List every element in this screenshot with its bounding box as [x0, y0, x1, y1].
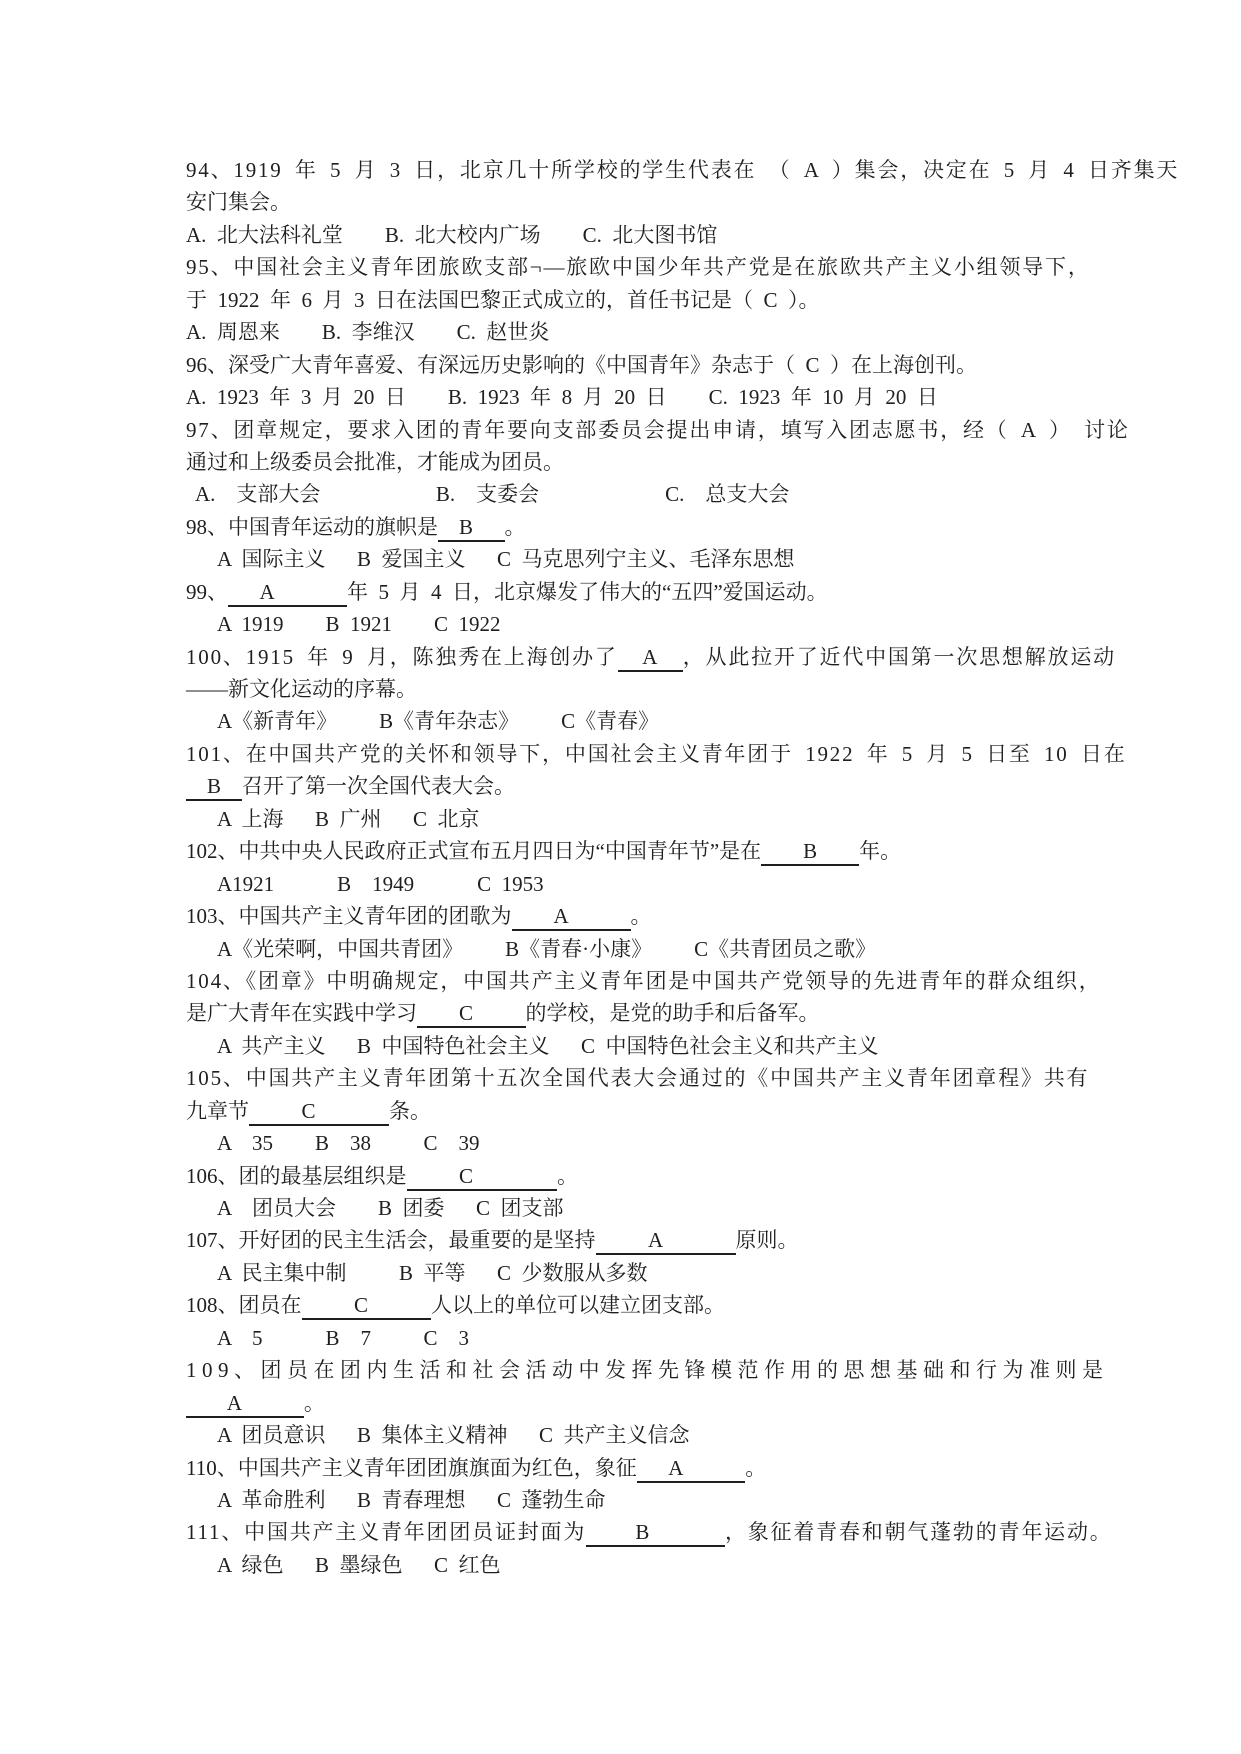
answer-blank: A [186, 1391, 304, 1418]
text-segment: 107、开好团的民主生活会，最重要的是坚持 [186, 1228, 596, 1252]
answer-blank: A [618, 645, 683, 672]
answer-blank: B [186, 774, 242, 801]
text-segment: 通过和上级委员会批准，才能成为团员。 [186, 450, 564, 474]
text-segment: 于 1922 年 6 月 3 日在法国巴黎正式成立的，首任书记是（ C ）。 [186, 288, 820, 312]
answer-blank: B [438, 515, 505, 542]
question-text-line: 94、1919 年 5 月 3 日，北京几十所学校的学生代表在 （ A ）集会，… [186, 154, 1091, 186]
text-segment: A 35 B 38 C 39 [217, 1131, 480, 1155]
question-text-line: 98、中国青年运动的旗帜是 B 。 [186, 511, 1091, 543]
text-segment: 109、团员在团内生活和社会活动中发挥先锋模范作用的思想基础和行为准则是 [186, 1358, 1109, 1382]
text-segment: A《新青年》 B《青年杂志》 C《青春》 [217, 709, 659, 733]
answer-blank: B [761, 839, 859, 866]
answer-blank: B [586, 1520, 725, 1547]
question-text-line: 109、团员在团内生活和社会活动中发挥先锋模范作用的思想基础和行为准则是 [186, 1354, 1091, 1386]
text-segment: 安门集会。 [186, 190, 291, 214]
question-text-line: 于 1922 年 6 月 3 日在法国巴黎正式成立的，首任书记是（ C ）。 [186, 284, 1091, 316]
options-line: A1921 B 1949 C 1953 [186, 868, 1091, 900]
text-segment: 105、中国共产主义青年团第十五次全国代表大会通过的《中国共产主义青年团章程》共… [186, 1066, 1089, 1090]
text-segment: 。 [557, 1164, 578, 1188]
text-segment: 106、团的最基层组织是 [186, 1164, 407, 1188]
quiz-page: 94、1919 年 5 月 3 日，北京几十所学校的学生代表在 （ A ）集会，… [0, 0, 1241, 1754]
options-line: A 35 B 38 C 39 [186, 1127, 1091, 1159]
text-segment: 九章节 [186, 1099, 249, 1123]
text-segment: 。 [631, 904, 652, 928]
question-text-line: A. 周恩来 B. 李维汉 C. 赵世炎 [186, 316, 1091, 348]
text-segment: 98、中国青年运动的旗帜是 [186, 515, 438, 539]
text-segment: ，象征着青春和朝气蓬勃的青年运动。 [725, 1520, 1113, 1544]
text-segment: 100、1915 年 9 月，陈独秀在上海创办了 [186, 645, 618, 669]
question-text-line: 106、团的最基层组织是 C 。 [186, 1160, 1091, 1192]
text-segment: 年 5 月 4 日，北京爆发了伟大的“五四”爱国运动。 [347, 580, 828, 604]
question-text-line: 九章节 C 条。 [186, 1095, 1091, 1127]
text-segment: 召开了第一次全国代表大会。 [242, 774, 515, 798]
answer-blank: A [637, 1456, 746, 1483]
question-list: 94、1919 年 5 月 3 日，北京几十所学校的学生代表在 （ A ）集会，… [186, 154, 1091, 1581]
text-segment: 111、中国共产主义青年团团员证封面为 [186, 1520, 586, 1544]
text-segment: 102、中共中央人民政府正式宣布五月四日为“中国青年节”是在 [186, 839, 761, 863]
text-segment: A. 北大法科礼堂 B. 北大校内广场 C. 北大图书馆 [186, 223, 717, 247]
text-segment: 。 [304, 1391, 325, 1415]
text-segment: 人以上的单位可以建立团支部。 [431, 1293, 725, 1317]
question-text-line: A 。 [186, 1387, 1091, 1419]
question-text-line: 111、中国共产主义青年团团员证封面为 B ，象征着青春和朝气蓬勃的青年运动。 [186, 1516, 1091, 1548]
text-segment: 104、《团章》中明确规定，中国共产主义青年团是中国共产党领导的先进青年的群众组… [186, 969, 1102, 993]
options-line: A 民主集中制 B 平等 C 少数服从多数 [186, 1257, 1091, 1289]
question-text-line: A. 北大法科礼堂 B. 北大校内广场 C. 北大图书馆 [186, 219, 1091, 251]
text-segment: ——新文化运动的序幕。 [186, 677, 417, 701]
question-text-line: 95、中国社会主义青年团旅欧支部¬—旅欧中国少年共产党是在旅欧共产主义小组领导下… [186, 251, 1091, 283]
answer-blank: C [417, 1001, 526, 1028]
question-text-line: 97、团章规定，要求入团的青年要向支部委员会提出申请，填写入团志愿书，经（ A … [186, 414, 1091, 446]
question-text-line: 104、《团章》中明确规定，中国共产主义青年团是中国共产党领导的先进青年的群众组… [186, 965, 1091, 997]
text-segment: 95、中国社会主义青年团旅欧支部¬—旅欧中国少年共产党是在旅欧共产主义小组领导下… [186, 255, 1091, 279]
question-text-line: 105、中国共产主义青年团第十五次全国代表大会通过的《中国共产主义青年团章程》共… [186, 1062, 1091, 1094]
question-text-line: 是广大青年在实践中学习 C 的学校，是党的助手和后备军。 [186, 997, 1091, 1029]
question-text-line: B 召开了第一次全国代表大会。 [186, 770, 1091, 802]
text-segment: 103、中国共产主义青年团的团歌为 [186, 904, 512, 928]
text-segment: A 国际主义 B 爱国主义 C 马克思列宁主义、毛泽东思想 [217, 547, 795, 571]
question-text-line: 96、深受广大青年喜爱、有深远历史影响的《中国青年》杂志于（ C ）在上海创刊。 [186, 349, 1091, 381]
options-line: A 革命胜利 B 青春理想 C 蓬勃生命 [186, 1484, 1091, 1516]
text-segment: A 5 B 7 C 3 [217, 1326, 469, 1350]
text-segment: 94、1919 年 5 月 3 日，北京几十所学校的学生代表在 （ A ）集会，… [186, 158, 1179, 182]
question-text-line: ——新文化运动的序幕。 [186, 673, 1091, 705]
answer-blank: A [512, 904, 631, 931]
text-segment: A1921 B 1949 C 1953 [217, 872, 544, 896]
question-text-line: A. 1923 年 3 月 20 日 B. 1923 年 8 月 20 日 C.… [186, 381, 1091, 413]
text-segment: 110、中国共产主义青年团团旗旗面为红色，象征 [186, 1456, 637, 1480]
text-segment: A 革命胜利 B 青春理想 C 蓬勃生命 [217, 1488, 606, 1512]
text-segment: 96、深受广大青年喜爱、有深远历史影响的《中国青年》杂志于（ C ）在上海创刊。 [186, 353, 977, 377]
text-segment: A 绿色 B 墨绿色 C 红色 [217, 1553, 501, 1577]
question-text-line: 107、开好团的民主生活会，最重要的是坚持 A 原则。 [186, 1224, 1091, 1256]
text-segment: 条。 [389, 1099, 431, 1123]
options-line: A《光荣啊，中国共青团》 B《青春·小康》 C《共青团员之歌》 [186, 933, 1091, 965]
options-line: A《新青年》 B《青年杂志》 C《青春》 [186, 705, 1091, 737]
text-segment: A 共产主义 B 中国特色社会主义 C 中国特色社会主义和共产主义 [217, 1034, 879, 1058]
text-segment: A. 支部大会 B. 支委会 C. 总支大会 [195, 482, 789, 506]
text-segment: A 团员大会 B 团委 C 团支部 [217, 1196, 564, 1220]
question-text-line: 100、1915 年 9 月，陈独秀在上海创办了 A ，从此拉开了近代中国第一次… [186, 641, 1091, 673]
options-line: A 5 B 7 C 3 [186, 1322, 1091, 1354]
text-segment: 年。 [859, 839, 901, 863]
question-text-line: 99、 A 年 5 月 4 日，北京爆发了伟大的“五四”爱国运动。 [186, 576, 1091, 608]
answer-blank: C [407, 1164, 558, 1191]
options-line: A 共产主义 B 中国特色社会主义 C 中国特色社会主义和共产主义 [186, 1030, 1091, 1062]
options-line: A 团员意识 B 集体主义精神 C 共产主义信念 [186, 1419, 1091, 1451]
text-segment: A 民主集中制 B 平等 C 少数服从多数 [217, 1261, 648, 1285]
text-segment: 的学校，是党的助手和后备军。 [526, 1001, 820, 1025]
answer-blank: A [596, 1228, 736, 1255]
question-text-line: 102、中共中央人民政府正式宣布五月四日为“中国青年节”是在 B 年。 [186, 835, 1091, 867]
question-text-line: 103、中国共产主义青年团的团歌为 A 。 [186, 900, 1091, 932]
answer-blank: A [228, 580, 347, 607]
options-line: A 团员大会 B 团委 C 团支部 [186, 1192, 1091, 1224]
text-segment: A 团员意识 B 集体主义精神 C 共产主义信念 [217, 1423, 690, 1447]
question-text-line: 101、在中国共产党的关怀和领导下，中国社会主义青年团于 1922 年 5 月 … [186, 738, 1091, 770]
question-text-line: 安门集会。 [186, 186, 1091, 218]
text-segment: 原则。 [736, 1228, 799, 1252]
options-line: A 绿色 B 墨绿色 C 红色 [186, 1549, 1091, 1581]
question-text-line: 108、团员在 C 人以上的单位可以建立团支部。 [186, 1289, 1091, 1321]
text-segment: A 上海 B 广州 C 北京 [217, 807, 480, 831]
question-text-line: 110、中国共产主义青年团团旗旗面为红色，象征 A 。 [186, 1452, 1091, 1484]
text-segment: 。 [745, 1456, 766, 1480]
text-segment: 99、 [186, 580, 228, 604]
answer-blank: C [302, 1293, 432, 1320]
text-segment: 。 [505, 515, 526, 539]
text-segment: A 1919 B 1921 C 1922 [217, 612, 501, 636]
text-segment: 是广大青年在实践中学习 [186, 1001, 417, 1025]
answer-blank: C [249, 1099, 389, 1126]
text-segment: A. 周恩来 B. 李维汉 C. 赵世炎 [186, 320, 549, 344]
question-text-line: 通过和上级委员会批准，才能成为团员。 [186, 446, 1091, 478]
options-line: A 国际主义 B 爱国主义 C 马克思列宁主义、毛泽东思想 [186, 543, 1091, 575]
text-segment: 101、在中国共产党的关怀和领导下，中国社会主义青年团于 1922 年 5 月 … [186, 742, 1127, 766]
text-segment: A. 1923 年 3 月 20 日 B. 1923 年 8 月 20 日 C.… [186, 385, 938, 409]
text-segment: 108、团员在 [186, 1293, 302, 1317]
text-segment: 97、团章规定，要求入团的青年要向支部委员会提出申请，填写入团志愿书，经（ A … [186, 418, 1130, 442]
options-line: A 1919 B 1921 C 1922 [186, 608, 1091, 640]
options-line: A 上海 B 广州 C 北京 [186, 803, 1091, 835]
options-line: A. 支部大会 B. 支委会 C. 总支大会 [186, 478, 1091, 510]
text-segment: ，从此拉开了近代中国第一次思想解放运动 [683, 645, 1116, 669]
text-segment: A《光荣啊，中国共青团》 B《青春·小康》 C《共青团员之歌》 [217, 937, 876, 961]
